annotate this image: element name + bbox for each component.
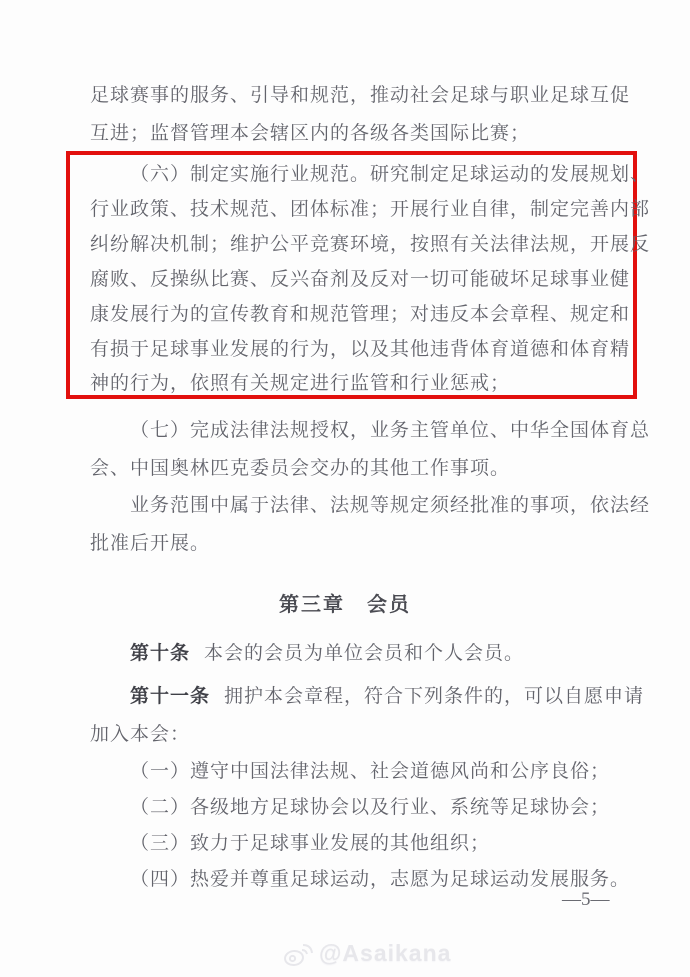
article-line: 加入本会： [90, 722, 190, 748]
body-line: 会、中国奥林匹克委员会交办的其他工作事项。 [90, 456, 510, 482]
article-line: 第十条本会的会员为单位会员和个人会员。 [130, 641, 524, 667]
watermark-text: @Asaikana [319, 940, 451, 967]
weibo-icon [283, 941, 313, 967]
body-line: 互进；监督管理本会辖区内的各级各类国际比赛； [90, 121, 530, 147]
body-line: 批准后开展。 [90, 531, 210, 557]
body-line: 业务范围中属于法律、法规等规定须经批准的事项，依法经 [130, 493, 650, 519]
highlighted-line: 行业政策、技术规范、团体标准；开展行业自律，制定完善内部 [90, 197, 650, 223]
highlighted-line: 有损于足球事业发展的行为，以及其他违背体育道德和体育精 [90, 337, 630, 363]
body-line: 足球赛事的服务、引导和规范，推动社会足球与职业足球互促 [90, 83, 630, 109]
highlighted-line: 纠纷解决机制；维护公平竞赛环境，按照有关法律法规，开展反 [90, 232, 650, 258]
article-number-label: 第十一条 [130, 686, 210, 707]
body-line: （七）完成法律法规授权，业务主管单位、中华全国体育总 [130, 418, 650, 444]
article-text: 拥护本会章程，符合下列条件的，可以自愿申请 [224, 686, 644, 707]
article-text: 本会的会员为单位会员和个人会员。 [204, 643, 524, 664]
list-item: （三）致力于足球事业发展的其他组织； [130, 831, 490, 857]
article-number-label: 第十条 [130, 643, 190, 664]
list-item: （一）遵守中国法律法规、社会道德风尚和公序良俗； [130, 759, 610, 785]
highlighted-line: 康发展行为的宣传教育和规范管理；对违反本会章程、规定和 [90, 302, 630, 328]
watermark: @Asaikana [283, 940, 451, 967]
highlighted-line: 神的行为，依照有关规定进行监管和行业惩戒； [90, 371, 510, 397]
article-line: 第十一条拥护本会章程，符合下列条件的，可以自愿申请 [130, 684, 644, 710]
highlighted-line: （六）制定实施行业规范。研究制定足球运动的发展规划、 [130, 162, 650, 188]
list-item: （二）各级地方足球协会以及行业、系统等足球协会； [130, 795, 610, 821]
chapter-heading: 第三章 会员 [0, 588, 690, 617]
highlighted-line: 腐败、反操纵比赛、反兴奋剂及反对一切可能破坏足球事业健 [90, 267, 630, 293]
page-number: —5— [562, 889, 610, 911]
document-page: 足球赛事的服务、引导和规范，推动社会足球与职业足球互促 互进；监督管理本会辖区内… [0, 0, 690, 977]
list-item: （四）热爱并尊重足球运动，志愿为足球运动发展服务。 [130, 867, 630, 893]
